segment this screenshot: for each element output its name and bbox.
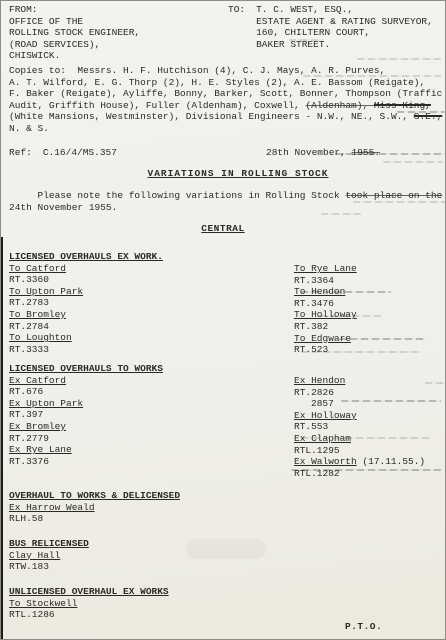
- section-licensed-to-works-left: LICENSED OVERHAULS TO WORKS Ex Catford R…: [9, 363, 163, 467]
- entry-location: To Hendon: [294, 286, 357, 298]
- sender-address: FROM: OFFICE OF THE ROLLING STOCK ENGINE…: [9, 4, 140, 62]
- document-title: VARIATIONS IN ROLLING STOCK: [1, 168, 445, 180]
- entry-location: Ex Harrow Weald: [9, 502, 180, 514]
- entry-location: To Bromley: [9, 309, 163, 321]
- entry-fleet-number: RT.676: [9, 386, 163, 398]
- struck-text: took place on the: [345, 190, 442, 201]
- scan-smudge: [383, 161, 443, 163]
- entry-location: To Catford: [9, 263, 163, 275]
- section-licensed-ex-work-right: To Rye Lane RT.3364 To Hendon RT.3476 To…: [294, 263, 357, 356]
- entry-location: Ex Catford: [9, 375, 163, 387]
- entry-date-suffix: (17.11.55.): [357, 456, 425, 467]
- copies-list: Copies to: Messrs. H. F. Hutchison (4), …: [9, 65, 442, 135]
- document-page: FROM: OFFICE OF THE ROLLING STOCK ENGINE…: [0, 0, 446, 640]
- copies-line: N. & S.: [9, 123, 442, 135]
- from-label: FROM:: [9, 4, 140, 16]
- scan-blot: [186, 539, 266, 559]
- entry-location: To Stockwell: [9, 598, 169, 610]
- section-licensed-to-works-right: Ex Hendon RT.2826 2857 Ex Holloway RT.55…: [294, 375, 425, 479]
- struck-text: (Aldenham),: [305, 100, 373, 111]
- intro-line: 24th November 1955.: [9, 202, 442, 214]
- scan-edge-line: [1, 237, 3, 639]
- copies-line: F. Baker (Reigate), Ayliffe, Bonny, Bark…: [9, 88, 442, 100]
- entry-fleet-number: RT.3376: [9, 456, 163, 468]
- intro-line: Please note the following variations in …: [9, 190, 442, 202]
- copies-line: Copies to: Messrs. H. F. Hutchison (4), …: [9, 65, 442, 77]
- entry-location: Clay Hall: [9, 550, 89, 562]
- stock-entry: To Bromley RT.2784: [9, 309, 163, 332]
- sender-line: (ROAD SERVICES),: [9, 39, 140, 51]
- struck-text: 1955.: [352, 147, 381, 158]
- ref-number: C.16/4/MS.357: [43, 147, 117, 158]
- recipient-line: 160, CHILTERN COURT,: [256, 27, 433, 39]
- scan-smudge: [321, 213, 361, 215]
- entry-location: To Edgware: [294, 333, 357, 345]
- stock-entry: Ex Clapham RTL.1295: [294, 433, 425, 456]
- entry-fleet-number: RT.3360: [9, 274, 163, 286]
- stock-entry: To Stockwell RTL.1286: [9, 598, 169, 621]
- entry-location: Ex Bromley: [9, 421, 163, 433]
- stock-entry: Ex Upton Park RT.397: [9, 398, 163, 421]
- stock-entry: To Hendon RT.3476: [294, 286, 357, 309]
- ref-label: Ref:: [9, 147, 32, 158]
- stock-entry: Ex Harrow Weald RLH.58: [9, 502, 180, 525]
- entry-fleet-number: RT.3364: [294, 275, 357, 287]
- section-heading: BUS RELICENSED: [9, 538, 89, 550]
- recipient-address: TO: T. C. WEST, ESQ., ESTATE AGENT & RAT…: [228, 4, 433, 50]
- entry-location: To Holloway: [294, 309, 357, 321]
- entry-fleet-number: RTL.1295: [294, 445, 425, 457]
- entry-fleet-number: RT.382: [294, 321, 357, 333]
- recipient-line: T. C. WEST, ESQ.,: [256, 4, 433, 16]
- section-licensed-ex-work-left: LICENSED OVERHAULS EX WORK. To Catford R…: [9, 251, 163, 355]
- document-date: 28th November, 1955.: [266, 147, 380, 159]
- recipient-line: BAKER STREET.: [256, 39, 433, 51]
- section-overhaul-delicensed: OVERHAUL TO WORKS & DELICENSED Ex Harrow…: [9, 490, 180, 525]
- stock-entry: Clay Hall RTW.183: [9, 550, 89, 573]
- entry-fleet-number: RT.2826: [294, 387, 425, 399]
- scan-smudge: [425, 382, 445, 384]
- intro-text: Please note the following variations in …: [9, 190, 345, 201]
- copies-text: Audit, Griffith House), Fuller (Aldenham…: [9, 100, 305, 111]
- section-heading: LICENSED OVERHAULS EX WORK.: [9, 251, 163, 263]
- section-unlicensed-ex-works: UNLICENSED OVERHAUL EX WORKS To Stockwel…: [9, 586, 169, 621]
- entry-fleet-number: RTL.1286: [9, 609, 169, 621]
- section-heading: OVERHAUL TO WORKS & DELICENSED: [9, 490, 180, 502]
- entry-fleet-number: RTW.183: [9, 561, 89, 573]
- stock-entry: Ex Holloway RT.553: [294, 410, 425, 433]
- entry-fleet-number: RT.2783: [9, 297, 163, 309]
- entry-location: Ex Hendon: [294, 375, 425, 387]
- entry-fleet-number: 2857: [294, 398, 425, 410]
- entry-fleet-number: RT.397: [9, 409, 163, 421]
- entry-location: Ex Rye Lane: [9, 444, 163, 456]
- page-turn-over: P.T.O.: [345, 621, 382, 633]
- entry-location: To Loughton: [9, 332, 163, 344]
- entry-fleet-number: RT.3476: [294, 298, 357, 310]
- region-heading: CENTRAL: [1, 223, 445, 235]
- to-label: TO:: [228, 4, 245, 50]
- struck-text: Miss King,: [374, 100, 431, 111]
- entry-location: To Upton Park: [9, 286, 163, 298]
- stock-entry: Ex Catford RT.676: [9, 375, 163, 398]
- entry-location: To Rye Lane: [294, 263, 357, 275]
- stock-entry: Ex Bromley RT.2779: [9, 421, 163, 444]
- sender-line: OFFICE OF THE: [9, 16, 140, 28]
- sender-line: ROLLING STOCK ENGINEER,: [9, 27, 140, 39]
- stock-entry: To Loughton RT.3333: [9, 332, 163, 355]
- section-heading: LICENSED OVERHAULS TO WORKS: [9, 363, 163, 375]
- stock-entry: To Holloway RT.382: [294, 309, 357, 332]
- entry-fleet-number: RT.2784: [9, 321, 163, 333]
- stock-entry: Ex Walworth (17.11.55.) RTL.1282: [294, 456, 425, 479]
- entry-fleet-number: RT.2779: [9, 433, 163, 445]
- entry-fleet-number: RT.3333: [9, 344, 163, 356]
- date-text: 28th November,: [266, 147, 352, 158]
- entry-location: Ex Upton Park: [9, 398, 163, 410]
- intro-paragraph: Please note the following variations in …: [9, 190, 442, 213]
- entry-fleet-number: RLH.58: [9, 513, 180, 525]
- entry-location: Ex Walworth (17.11.55.): [294, 456, 425, 468]
- entry-fleet-number: RT.523: [294, 344, 357, 356]
- entry-fleet-number: RT.553: [294, 421, 425, 433]
- copies-line: Audit, Griffith House), Fuller (Aldenham…: [9, 100, 442, 112]
- stock-entry: To Edgware RT.523: [294, 333, 357, 356]
- stock-entry: Ex Hendon RT.2826 2857: [294, 375, 425, 410]
- entry-location: Ex Holloway: [294, 410, 425, 422]
- stock-entry: To Catford RT.3360: [9, 263, 163, 286]
- copies-line: A. T. Wilford, E. G. Thorp (2), H. E. St…: [9, 77, 442, 89]
- document-title-text: VARIATIONS IN ROLLING STOCK: [148, 168, 329, 179]
- entry-location: Ex Clapham: [294, 433, 425, 445]
- recipient-line: ESTATE AGENT & RATING SURVEYOR,: [256, 16, 433, 28]
- stock-entry: Ex Rye Lane RT.3376: [9, 444, 163, 467]
- ref-row: Ref:C.16/4/MS.357: [9, 147, 117, 159]
- stock-entry: To Upton Park RT.2783: [9, 286, 163, 309]
- struck-text: S.E.,: [414, 111, 443, 122]
- entry-location-text: Ex Walworth: [294, 456, 357, 467]
- entry-fleet-number: RTL.1282: [294, 468, 425, 480]
- stock-entry: To Rye Lane RT.3364: [294, 263, 357, 286]
- sender-line: CHISWICK.: [9, 50, 140, 62]
- region-heading-text: CENTRAL: [201, 223, 244, 234]
- copies-line: (White Mansions, Westminster), Divisiona…: [9, 111, 442, 123]
- scan-smudge: [357, 58, 441, 60]
- copies-text: (White Mansions, Westminster), Divisiona…: [9, 111, 414, 122]
- section-bus-relicensed: BUS RELICENSED Clay Hall RTW.183: [9, 538, 89, 573]
- section-heading: UNLICENSED OVERHAUL EX WORKS: [9, 586, 169, 598]
